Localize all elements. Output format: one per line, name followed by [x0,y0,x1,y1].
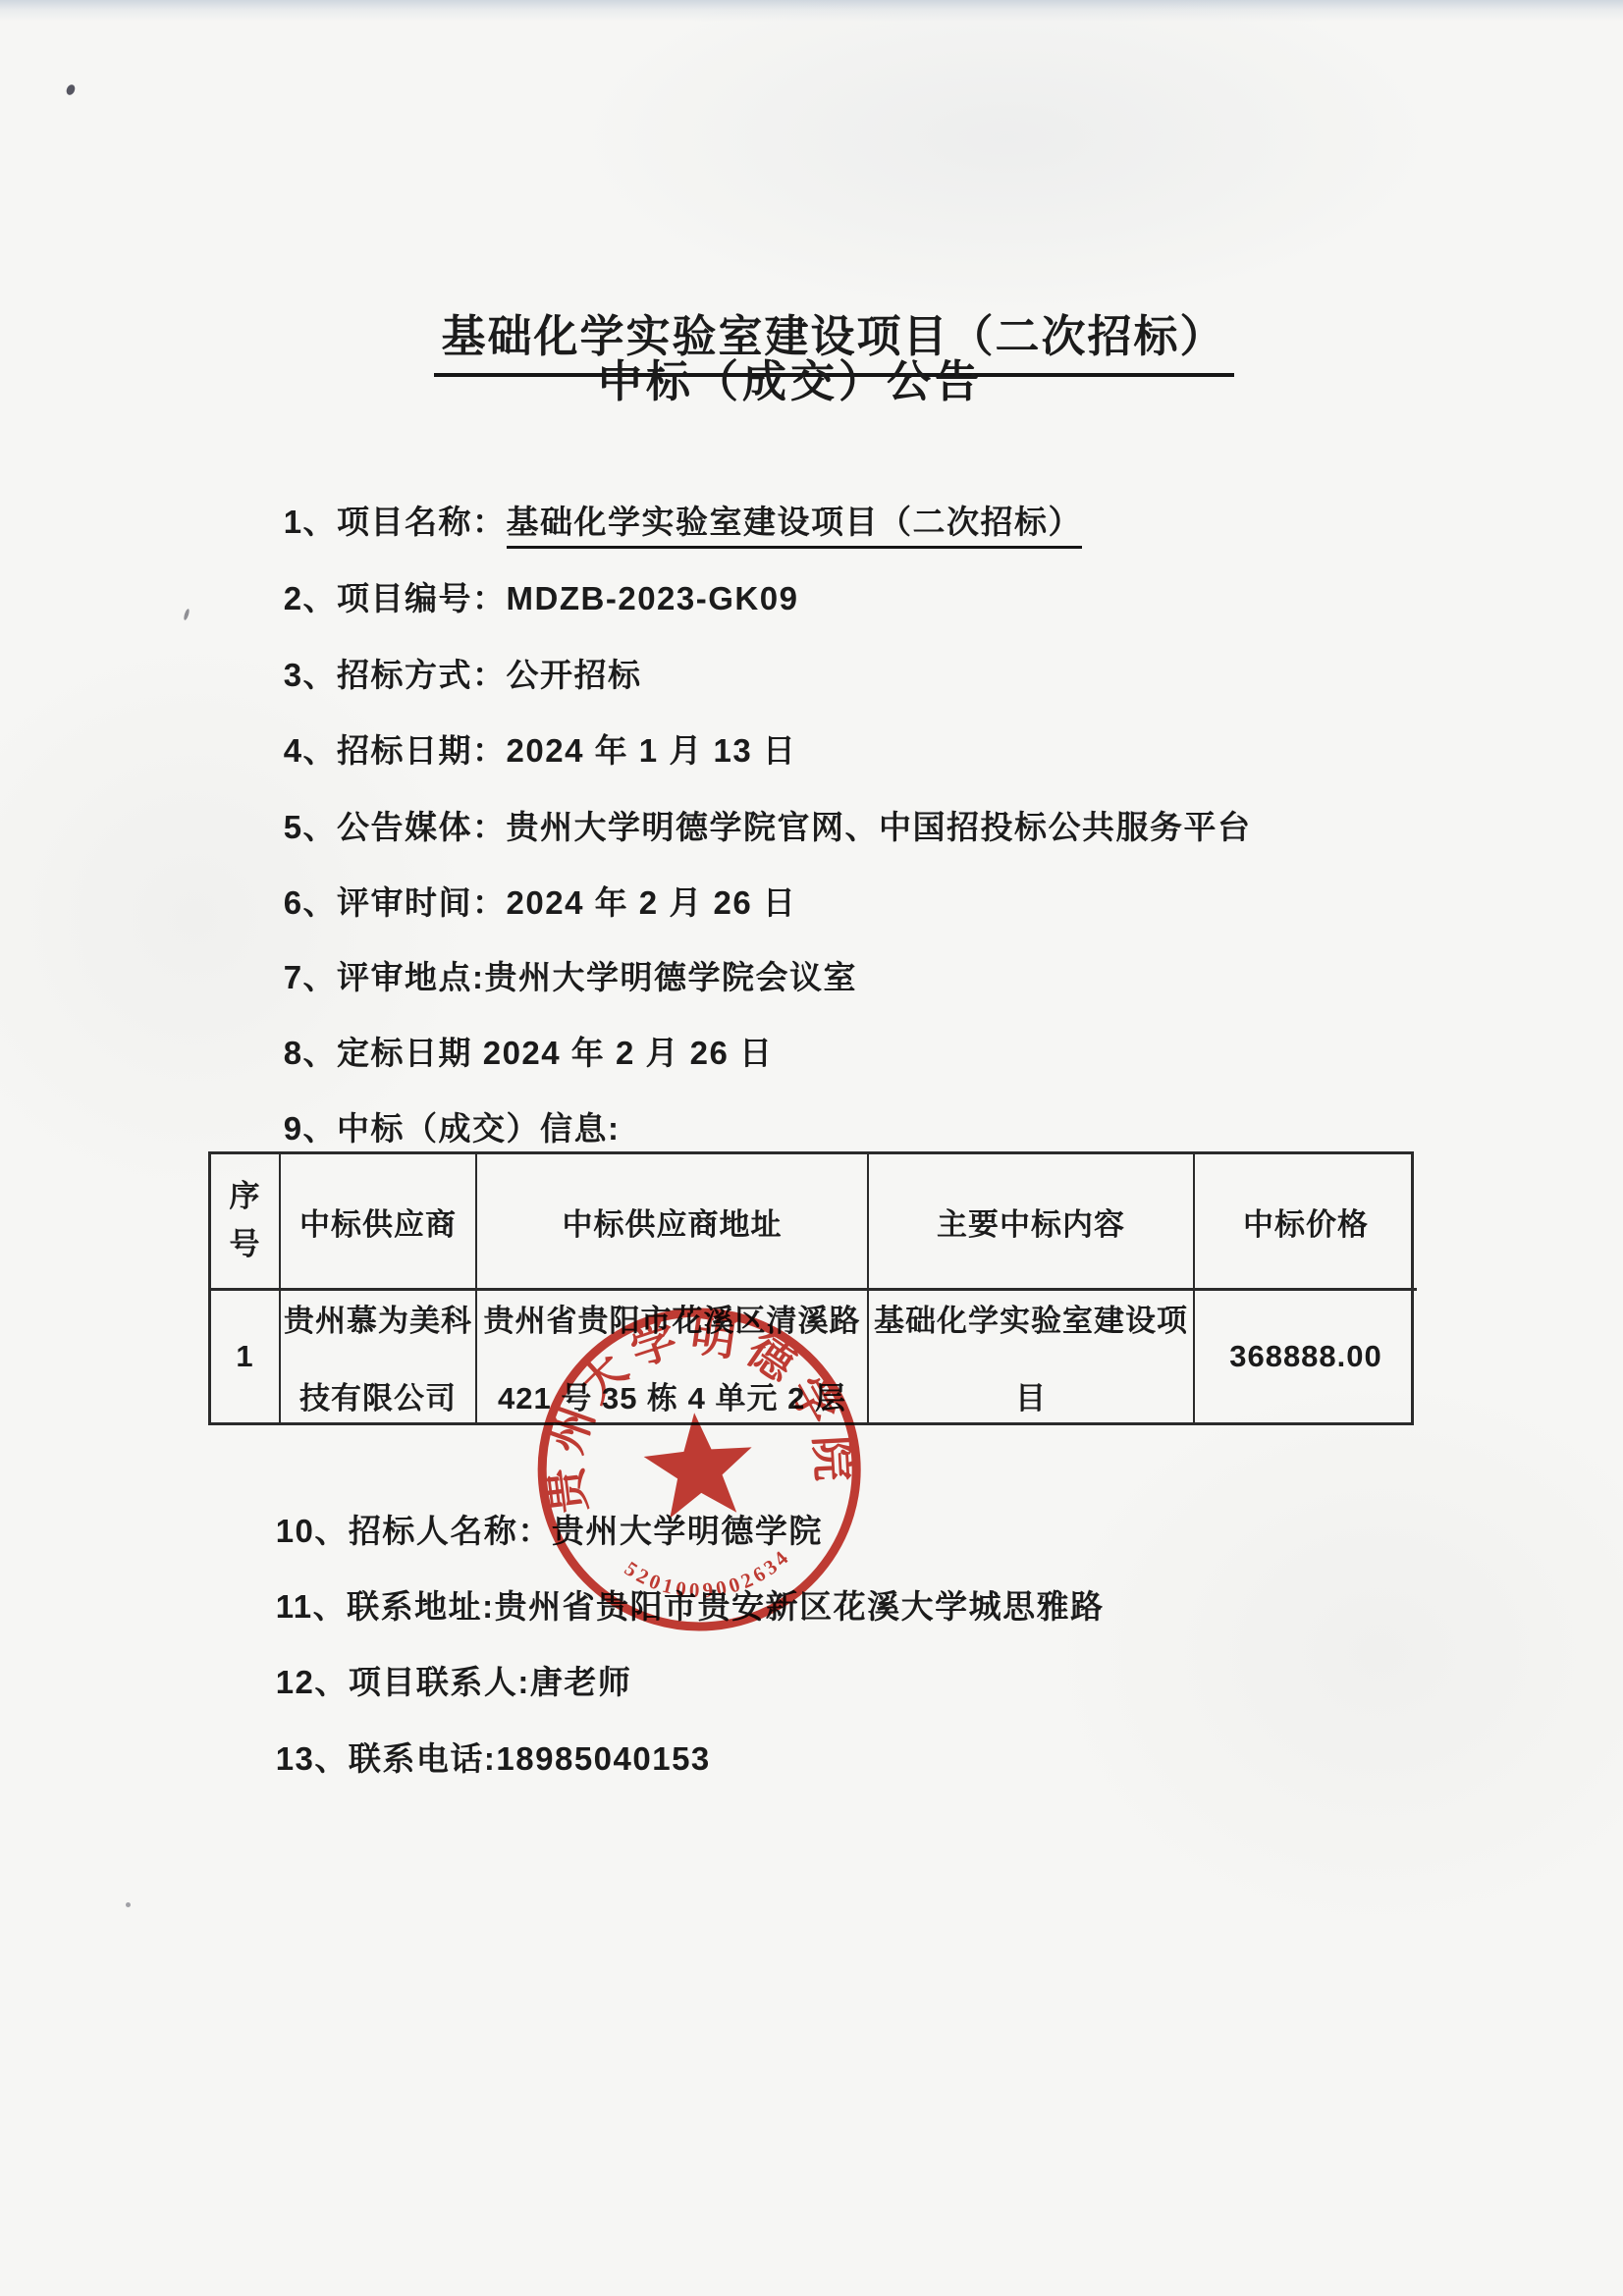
item-number: 12、 [276,1664,349,1700]
row-seq-value: 1 [236,1339,253,1374]
header-price: 中标价格 [1195,1154,1417,1291]
item-label: 招标日期： [337,732,507,769]
stamp-code-text: 5201009002634 [619,1542,798,1609]
item-13: 13、联系电话:18985040153 [234,1696,711,1817]
item-value: 唐老师 [530,1664,632,1700]
row-price-value: 368888.00 [1229,1339,1382,1374]
official-seal-stamp: 贵州大学明德学院 5201009002634 [506,1274,893,1661]
item-number: 1、 [284,504,337,540]
row-content: 基础化学实验室建设项 目 [869,1291,1195,1422]
row-content-line2: 目 [1015,1373,1047,1417]
header-address: 中标供应商地址 [477,1154,869,1291]
row-price: 368888.00 [1195,1291,1417,1422]
header-content: 主要中标内容 [869,1154,1195,1291]
row-supplier-line1: 贵州慕为美科 [284,1296,472,1340]
item-value: MDZB-2023-GK09 [507,580,799,616]
scan-speck [183,609,190,621]
scan-speck [126,1902,131,1907]
header-seq: 序 号 [211,1154,281,1291]
item-number: 9、 [284,1110,337,1147]
item-number: 13、 [276,1740,349,1777]
scanned-document-page: 基础化学实验室建设项目（二次招标） 中标（成交）公告 1、项目名称：基础化学实验… [0,0,1623,2296]
item-label: 中标（成交）信息: [337,1110,621,1147]
item-label: 项目编号： [337,580,507,616]
item-number: 4、 [284,732,337,769]
svg-text:5201009002634: 5201009002634 [619,1542,798,1609]
item-value: 2024 年 1 月 13 日 [507,732,797,769]
row-seq: 1 [211,1291,281,1422]
row-content-line1: 基础化学实验室建设项 [874,1296,1188,1340]
header-seq-bottom: 号 [230,1229,261,1261]
header-seq-top: 序 [230,1181,261,1213]
row-supplier: 贵州慕为美科 技有限公司 [281,1291,477,1422]
stamp-star-icon [640,1408,757,1520]
item-value: 18985040153 [496,1740,710,1777]
document-subtitle: 中标（成交）公告 [0,346,1581,409]
header-supplier: 中标供应商 [281,1154,477,1291]
row-supplier-line2: 技有限公司 [299,1373,457,1417]
item-label: 联系电话: [349,1740,497,1777]
scan-speck [65,83,77,96]
item-label: 项目联系人: [349,1664,530,1700]
item-number: 2、 [284,580,337,616]
item-label: 项目名称： [337,504,507,540]
